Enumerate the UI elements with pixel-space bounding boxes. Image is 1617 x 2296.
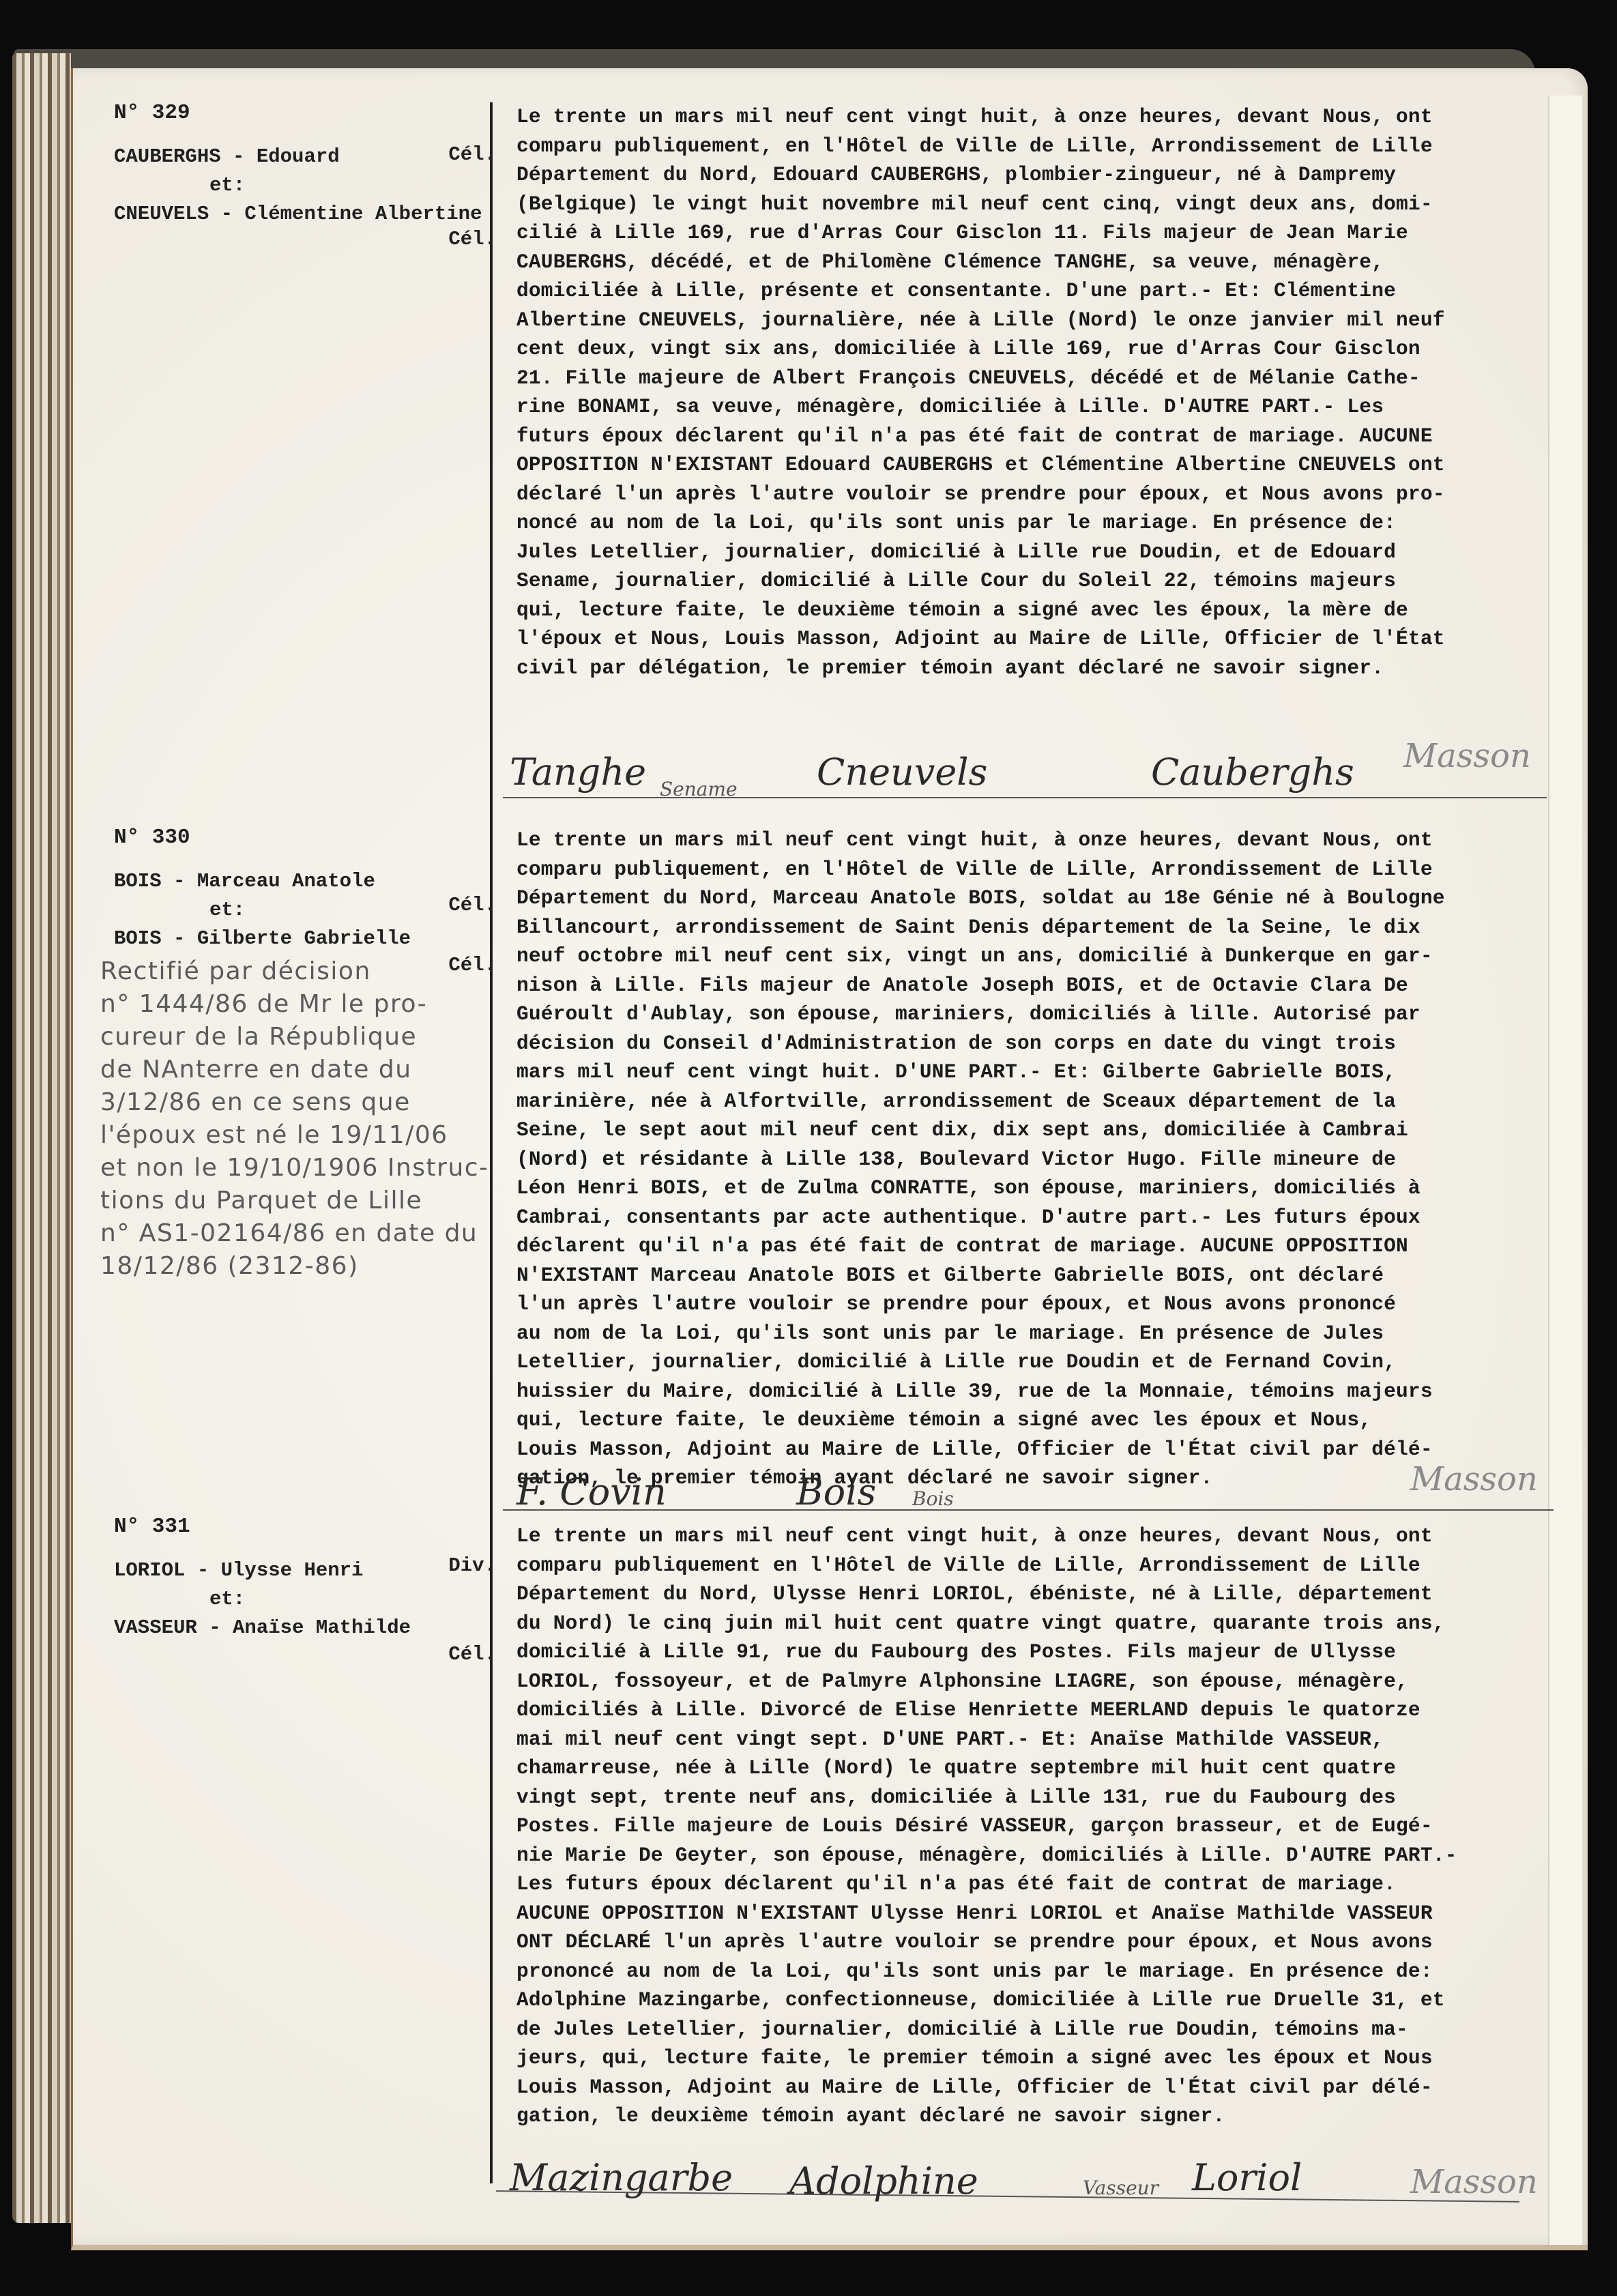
text-line: AUCUNE OPPOSITION N'EXISTANT Ulysse Henr… [516,1899,1554,1928]
text-line: OPPOSITION N'EXISTANT Edouard CAUBERGHS … [516,450,1554,480]
note-line: l'époux est né le 19/11/06 [100,1119,503,1152]
connector: et: [114,1585,496,1614]
text-line: CAUBERGHS, décédé, et de Philomène Cléme… [516,248,1554,277]
text-line: ONT DÉCLARÉ l'un après l'autre vouloir s… [516,1928,1554,1957]
text-line: futurs époux déclarent qu'il n'a pas été… [516,422,1554,451]
signature-adolphine: Adolphine [789,2160,978,2203]
text-line: au nom de la Loi, qu'ils sont unis par l… [516,1319,1554,1348]
text-line: Département du Nord, Edouard CAUBERGHS, … [516,160,1554,190]
note-line: Rectifié par décision [100,955,503,988]
text-line: jeurs, qui, lecture faite, le premier té… [516,2044,1554,2073]
spouse-1-status: Cél. [448,894,496,916]
text-line: marinière, née à Alfortville, arrondisse… [516,1087,1554,1116]
act-331-margin: N° 331 LORIOL - Ulysse Henri Div. et: VA… [114,1515,496,1719]
text-line: mars mil neuf cent vingt huit. D'UNE PAR… [516,1058,1554,1087]
note-line: 3/12/86 en ce sens que [100,1086,503,1119]
text-line: Albertine CNEUVELS, journalière, née à L… [516,306,1554,335]
text-line: LORIOL, fossoyeur, et de Palmyre Alphons… [516,1667,1554,1696]
text-line: comparu publiquement, en l'Hôtel de Vill… [516,132,1554,161]
text-line: Département du Nord, Ulysse Henri LORIOL… [516,1580,1554,1609]
note-line: n° 1444/86 de Mr le pro- [100,988,503,1021]
rectification-note: Rectifié par décision n° 1444/86 de Mr l… [100,955,503,1283]
signature-cauberghs: Cauberghs [1151,751,1354,794]
text-line: (Nord) et résidante à Lille 138, Bouleva… [516,1145,1554,1174]
text-line: cilié à Lille 169, rue d'Arras Cour Gisc… [516,218,1554,248]
book-page-stack [12,53,71,2223]
text-line: Adolphine Mazingarbe, confectionneuse, d… [516,1986,1554,2015]
spouse-1-status: Cél. [448,143,496,166]
note-line: tions du Parquet de Lille [100,1185,503,1217]
act-329-text: Le trente un mars mil neuf cent vingt hu… [516,102,1554,682]
text-line: Letellier, journalier, domicilié à Lille… [516,1348,1554,1377]
note-line: 18/12/86 (2312-86) [100,1250,503,1283]
text-line: chamarreuse, née à Lille (Nord) le quatr… [516,1754,1554,1783]
text-line: rine BONAMI, sa veuve, ménagère, domicil… [516,392,1554,422]
text-line: cent deux, vingt six ans, domiciliée à L… [516,334,1554,364]
note-line: n° AS1-02164/86 en date du [100,1217,503,1250]
signature-sename: Sename [660,778,738,800]
text-line: décision du Conseil d'Administration de … [516,1029,1554,1058]
signature-officer: Masson [1410,2163,1538,2201]
register-page: N° 329 CAUBERGHS - Edouard Cél. et: CNEU… [71,68,1588,2250]
text-line: Louis Masson, Adjoint au Maire de Lille,… [516,1435,1554,1464]
text-line: domicilié à Lille 91, rue du Faubourg de… [516,1638,1554,1667]
signature-officer: Masson [1403,737,1531,775]
note-line: cureur de la République [100,1021,503,1053]
text-line: (Belgique) le vingt huit novembre mil ne… [516,190,1554,219]
text-line: Louis Masson, Adjoint au Maire de Lille,… [516,2073,1554,2102]
spouse-1-name: LORIOL - Ulysse Henri [114,1556,496,1585]
spouse-2-name: VASSEUR - Anaïse Mathilde [114,1614,496,1642]
text-line: Le trente un mars mil neuf cent vingt hu… [516,826,1554,855]
text-line: mai mil neuf cent vingt sept. D'UNE PART… [516,1725,1554,1754]
text-line: gation, le premier témoin ayant déclaré … [516,1464,1554,1493]
spouse-2-name: BOIS - Gilberte Gabrielle [114,925,496,953]
text-line: nison à Lille. Fils majeur de Anatole Jo… [516,971,1554,1000]
signature-bois-1: Bois [796,1470,876,1513]
spouse-1-name: BOIS - Marceau Anatole [114,867,496,896]
text-line: huissier du Maire, domicilié à Lille 39,… [516,1377,1554,1406]
note-line: de NAnterre en date du [100,1053,503,1086]
text-line: Jules Letellier, journalier, domicilié à… [516,538,1554,567]
connector: et: [114,171,496,200]
connector: et: [114,896,496,925]
act-330-text: Le trente un mars mil neuf cent vingt hu… [516,826,1554,1493]
text-line: comparu publiquement, en l'Hôtel de Vill… [516,855,1554,884]
act-329-margin: N° 329 CAUBERGHS - Edouard Cél. et: CNEU… [114,101,496,306]
text-line: Sename, journalier, domicilié à Lille Co… [516,566,1554,596]
signature-officer: Masson [1410,1460,1538,1498]
signature-vasseur: Vasseur [1083,2177,1159,2199]
text-line: civil par délégation, le premier témoin … [516,654,1554,683]
text-line: Cambrai, consentants par acte authentiqu… [516,1203,1554,1232]
spouse-1-name: CAUBERGHS - Edouard [114,143,496,171]
text-line: Seine, le sept aout mil neuf cent dix, d… [516,1116,1554,1145]
text-line: domiciliés à Lille. Divorcé de Elise Hen… [516,1696,1554,1725]
spouse-2-status: Cél. [448,228,496,250]
text-line: domiciliée à Lille, présente et consenta… [516,276,1554,306]
spouse-2-status: Cél. [448,1643,496,1666]
text-line: comparu publiquement en l'Hôtel de Ville… [516,1551,1554,1580]
signature-covin: F. Covin [516,1470,667,1513]
text-line: 21. Fille majeure de Albert François CNE… [516,364,1554,393]
text-line: Département du Nord, Marceau Anatole BOI… [516,884,1554,913]
text-line: Léon Henri BOIS, et de Zulma CONRATTE, s… [516,1174,1554,1203]
text-line: Le trente un mars mil neuf cent vingt hu… [516,102,1554,132]
signature-tanghe: Tanghe [510,751,646,794]
text-line: Guéroult d'Aublay, son épouse, mariniers… [516,1000,1554,1029]
text-line: gation, le deuxième témoin ayant déclaré… [516,2102,1554,2131]
text-line: Le trente un mars mil neuf cent vingt hu… [516,1522,1554,1551]
signature-cneuvels: Cneuvels [817,751,987,794]
text-line: nie Marie De Geyter, son épouse, ménagèr… [516,1841,1554,1870]
act-number: N° 331 [114,1515,496,1539]
text-line: l'un après l'autre vouloir se prendre po… [516,1290,1554,1319]
text-line: N'EXISTANT Marceau Anatole BOIS et Gilbe… [516,1261,1554,1290]
text-line: qui, lecture faite, le deuxième témoin a… [516,1406,1554,1435]
note-line: et non le 19/10/1906 Instruc- [100,1152,503,1185]
text-line: Postes. Fille majeure de Louis Désiré VA… [516,1812,1554,1841]
text-line: déclarent qu'il n'a pas été fait de cont… [516,1232,1554,1261]
text-line: neuf octobre mil neuf cent six, vingt un… [516,942,1554,971]
text-line: Billancourt, arrondissement de Saint Den… [516,913,1554,942]
text-line: qui, lecture faite, le deuxième témoin a… [516,596,1554,625]
text-line: du Nord) le cinq juin mil huit cent quat… [516,1609,1554,1638]
signature-bois-2: Bois [912,1487,954,1510]
act-number: N° 330 [114,826,496,849]
act-number: N° 329 [114,101,496,125]
text-line: Les futurs époux déclarent qu'il n'a pas… [516,1870,1554,1899]
spouse-1-status: Div. [448,1554,496,1577]
signature-loriol: Loriol [1192,2156,1302,2199]
act-331-text: Le trente un mars mil neuf cent vingt hu… [516,1522,1554,2131]
text-line: prononcé au nom de la Loi, qu'ils sont u… [516,1957,1554,1986]
signature-mazingarbe: Mazingarbe [510,2156,733,2199]
text-line: de Jules Letellier, journalier, domicili… [516,2015,1554,2044]
text-line: déclaré l'un après l'autre vouloir se pr… [516,480,1554,509]
text-line: l'époux et Nous, Louis Masson, Adjoint a… [516,624,1554,654]
text-line: vingt sept, trente neuf ans, domiciliée … [516,1783,1554,1812]
spouse-2-name: CNEUVELS - Clémentine Albertine [114,200,496,229]
text-line: noncé au nom de la Loi, qu'ils sont unis… [516,508,1554,538]
